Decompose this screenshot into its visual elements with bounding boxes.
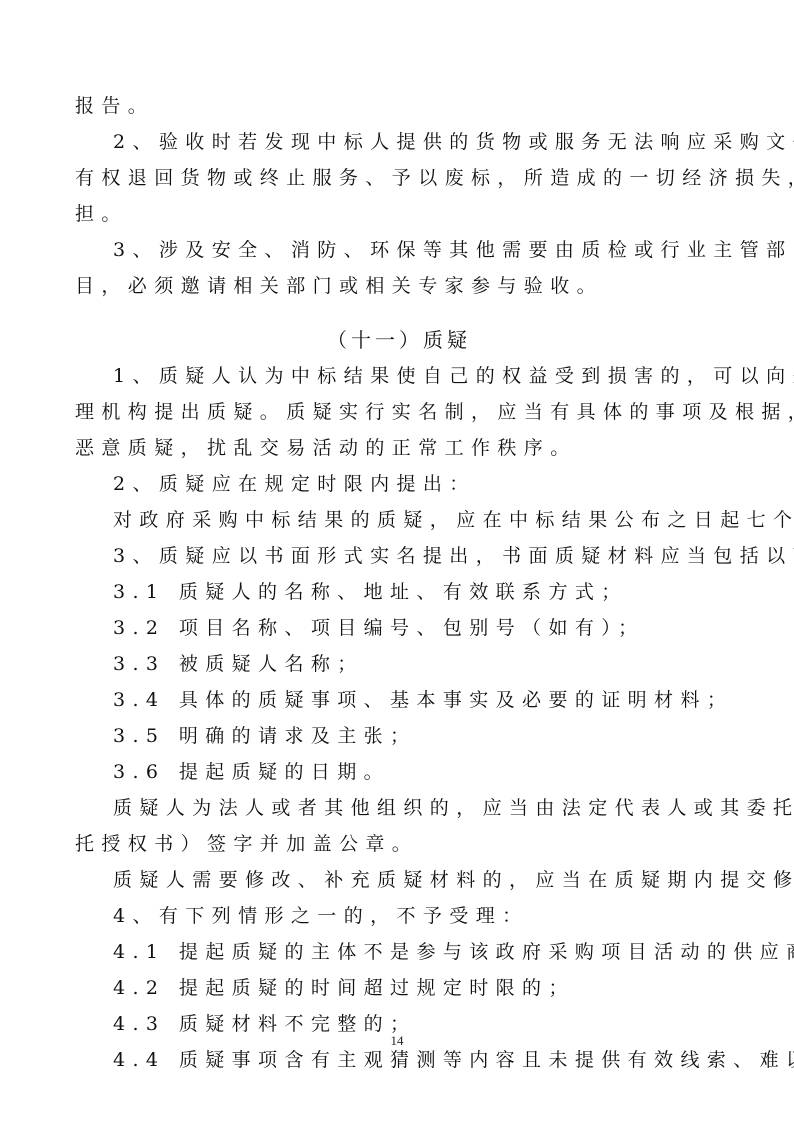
paragraph-line: 对政府采购中标结果的质疑，应在中标结果公布之日起七个工作日内提出。 (75, 502, 723, 538)
list-item: 3.2 项目名称、项目编号、包别号（如有）； (75, 610, 723, 646)
acceptance-section-continued: 报告。 2、验收时若发现中标人提供的货物或服务无法响应采购文件要求，采购人 有权… (75, 88, 723, 304)
list-item: 3.5 明确的请求及主张； (75, 718, 723, 754)
list-item: 3.1 质疑人的名称、地址、有效联系方式； (75, 574, 723, 610)
paragraph-line: 有权退回货物或终止服务、予以废标，所造成的一切经济损失，由中标人自行承 (75, 160, 723, 196)
paragraph-line: 2、质疑应在规定时限内提出： (75, 466, 723, 502)
paragraph-line: 目，必须邀请相关部门或相关专家参与验收。 (75, 268, 723, 304)
paragraph-line: 恶意质疑，扰乱交易活动的正常工作秩序。 (75, 430, 723, 466)
paragraph-line: 托授权书）签字并加盖公章。 (75, 826, 723, 862)
paragraph-line: 4、有下列情形之一的，不予受理： (75, 898, 723, 934)
list-item: 4.2 提起质疑的时间超过规定时限的； (75, 970, 723, 1006)
paragraph-line: 3、涉及安全、消防、环保等其他需要由质检或行业主管部门进行验收的项 (75, 232, 723, 268)
paragraph-line: 2、验收时若发现中标人提供的货物或服务无法响应采购文件要求，采购人 (75, 124, 723, 160)
page-number: 14 (0, 1033, 794, 1049)
challenge-section-body: 1、质疑人认为中标结果使自己的权益受到损害的，可以向采购人及采购代 理机构提出质… (75, 358, 723, 1078)
paragraph-line: 理机构提出质疑。质疑实行实名制，应当有具体的事项及根据，不得进行虚假、 (75, 394, 723, 430)
paragraph-line: 质疑人需要修改、补充质疑材料的，应当在质疑期内提交修改或补充材料。 (75, 862, 723, 898)
paragraph-line: 1、质疑人认为中标结果使自己的权益受到损害的，可以向采购人及采购代 (75, 358, 723, 394)
list-item: 4.1 提起质疑的主体不是参与该政府采购项目活动的供应商； (75, 934, 723, 970)
paragraph-line: 报告。 (75, 88, 723, 124)
list-item: 3.3 被质疑人名称； (75, 646, 723, 682)
paragraph-line: 质疑人为法人或者其他组织的，应当由法定代表人或其委托代理人（需有委 (75, 790, 723, 826)
list-item: 3.6 提起质疑的日期。 (75, 754, 723, 790)
paragraph-line: 3、质疑应以书面形式实名提出，书面质疑材料应当包括以下内容： (75, 538, 723, 574)
section-heading: （十一）质疑 (75, 322, 723, 358)
document-page: 报告。 2、验收时若发现中标人提供的货物或服务无法响应采购文件要求，采购人 有权… (75, 88, 723, 1078)
list-item: 3.4 具体的质疑事项、基本事实及必要的证明材料； (75, 682, 723, 718)
paragraph-line: 担。 (75, 196, 723, 232)
